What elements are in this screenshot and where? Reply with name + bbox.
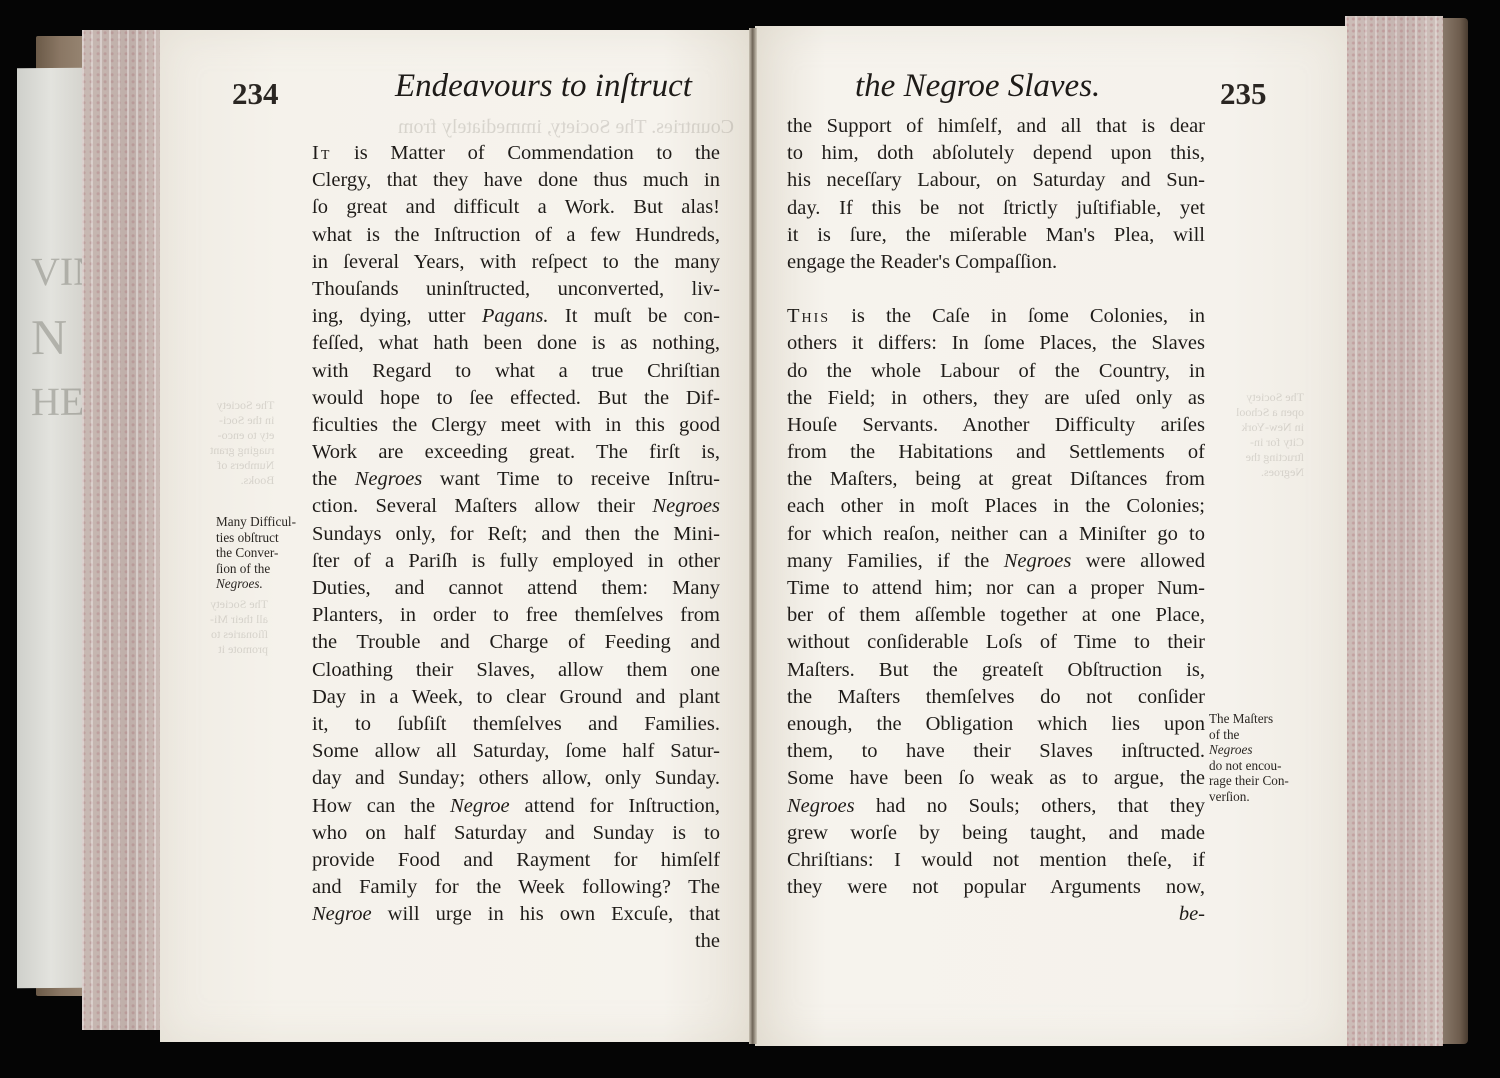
text-line: How can the Negroe attend for Inſtructio… (312, 793, 720, 820)
text-line: without conſiderable Loſs of Time to the… (787, 629, 1205, 656)
marginal-line: verſion. (1209, 789, 1289, 805)
page-number-left: 234 (232, 76, 279, 112)
text-line: provide Food and Rayment for himſelf (312, 847, 720, 874)
text-line: Duties, and cannot attend them: Many (312, 575, 720, 602)
flyleaf-ghost-letters: N (31, 308, 67, 366)
text-line: they were not popular Arguments now, (787, 874, 1205, 901)
text-line: many Families, if the Negroes were allow… (787, 548, 1205, 575)
text-line: Sundays only, for Reſt; and then the Min… (312, 521, 720, 548)
text-line: them, to have their Slaves inſtructed. (787, 738, 1205, 765)
text-line: Work are exceeding great. The firſt is, (312, 439, 720, 466)
left-body-text: It is Matter of Commendation to theClerg… (312, 140, 720, 956)
marginal-line: the Conver- (216, 545, 296, 561)
page-number-right: 235 (1220, 76, 1267, 112)
text-line: Negroe will urge in his own Excuſe, that (312, 901, 720, 928)
text-line: and Family for the Week following? The (312, 874, 720, 901)
text-line: it is ſure, the miſerable Man's Plea, wi… (787, 222, 1205, 249)
text-line: ſter of a Pariſh is fully employed in ot… (312, 548, 720, 575)
text-line: do the whole Labour of the Country, in (787, 358, 1205, 385)
text-line: the Field; in others, they are uſed only… (787, 385, 1205, 412)
text-line: This is the Caſe in ſome Colonies, in (787, 303, 1205, 330)
text-line: others it differs: In ſome Places, the S… (787, 330, 1205, 357)
text-line: it, to ſubſiſt themſelves and Families. (312, 711, 720, 738)
text-line: each other in moſt Places in the Colonie… (787, 493, 1205, 520)
marginal-line: Many Difficul- (216, 514, 296, 530)
marginal-line: The Maſters (1209, 711, 1289, 727)
text-line: enough, the Obligation which lies upon (787, 711, 1205, 738)
text-line: his neceſſary Labour, on Saturday and Su… (787, 167, 1205, 194)
running-head-right: the Negroe Slaves. (855, 68, 1100, 105)
paragraph-gap (787, 276, 1205, 303)
text-line: Planters, in order to free themſelves fr… (312, 602, 720, 629)
show-through-margin: The Societyall their Mi-ſſionaries topro… (210, 597, 268, 657)
text-line: what is the Inſtruction of a few Hundred… (312, 222, 720, 249)
text-line: Houſe Servants. Another Difficulty ariſe… (787, 412, 1205, 439)
text-line: the Support of himſelf, and all that is … (787, 113, 1205, 140)
text-line: ing, dying, utter Pagans. It muſt be con… (312, 303, 720, 330)
show-through-text: Countries. The Society, immediately from (398, 116, 734, 139)
text-line: Cloathing their Slaves, allow them one (312, 657, 720, 684)
book-spread: VIN N HE Countries. The Society, immedia… (0, 0, 1500, 1078)
right-body-text: the Support of himſelf, and all that is … (787, 113, 1205, 928)
text-line: day. If this be not ſtrictly juſtifiable… (787, 195, 1205, 222)
text-line: Day in a Week, to clear Ground and plant (312, 684, 720, 711)
text-line: would hope to ſee effected. But the Dif- (312, 385, 720, 412)
right-cover-board (1440, 18, 1468, 1044)
text-line: Some have been ſo weak as to argue, the (787, 765, 1205, 792)
marginal-line: of the Negroes (1209, 727, 1289, 758)
text-line: grew worſe by being taught, and made (787, 820, 1205, 847)
text-line: ficulties the Clergy meet with in this g… (312, 412, 720, 439)
marginal-note-left: Many Difficul-ties obſtructthe Conver-ſi… (216, 514, 296, 592)
text-line: the Trouble and Charge of Feeding and (312, 629, 720, 656)
marginal-line: ties obſtruct (216, 530, 296, 546)
marginal-line: ſion of the (216, 561, 296, 577)
text-line: feſſed, what hath been done is as nothin… (312, 330, 720, 357)
text-line: ction. Several Maſters allow their Negro… (312, 493, 720, 520)
text-line: ſo great and difficult a Work. But alas! (312, 194, 720, 221)
show-through-margin: The Societyopen a Schoolin New-YorkCity … (1236, 390, 1304, 480)
text-line: Chriſtians: I would not mention theſe, i… (787, 847, 1205, 874)
text-line: with Regard to what a true Chriſtian (312, 358, 720, 385)
text-line: the (312, 928, 720, 955)
text-line: be- (787, 901, 1205, 928)
marginal-note-right: The Maſtersof the Negroesdo not encou-ra… (1209, 711, 1289, 804)
text-line: in ſeveral Years, with reſpect to the ma… (312, 249, 720, 276)
text-line: Maſters. But the greateſt Obſtruction is… (787, 657, 1205, 684)
text-line: engage the Reader's Compaſſion. (787, 249, 1205, 276)
text-line: the Maſters themſelves do not conſider (787, 684, 1205, 711)
text-line: ber of them aſſemble together at one Pla… (787, 602, 1205, 629)
text-line: It is Matter of Commendation to the (312, 140, 720, 167)
text-line: Clergy, that they have done thus much in (312, 167, 720, 194)
marginal-line: do not encou- (1209, 758, 1289, 774)
left-page-edges (82, 30, 162, 1030)
marginal-line: Negroes. (216, 576, 296, 592)
marginal-line: rage their Con- (1209, 773, 1289, 789)
text-line: the Negroes want Time to receive Inſtru- (312, 466, 720, 493)
text-line: Thouſands uninſtructed, unconverted, liv… (312, 276, 720, 303)
gutter (749, 28, 757, 1044)
text-line: who on half Saturday and Sunday is to (312, 820, 720, 847)
show-through-margin: The Societyin the Soci-ety to enco-ruagi… (210, 398, 274, 488)
text-line: the Maſters, being at great Diſtances fr… (787, 466, 1205, 493)
text-line: Time to attend him; nor can a proper Num… (787, 575, 1205, 602)
flyleaf-ghost-letters: HE (31, 378, 84, 425)
text-line: from the Habitations and Settlements of (787, 439, 1205, 466)
text-line: Some allow all Saturday, ſome half Satur… (312, 738, 720, 765)
text-line: Negroes had no Souls; others, that they (787, 793, 1205, 820)
text-line: for which reaſon, neither can a Miniſter… (787, 521, 1205, 548)
running-head-left: Endeavours to inſtruct (395, 68, 692, 105)
left-flyleaf: VIN N HE (17, 68, 85, 989)
text-line: day and Sunday; others allow, only Sunda… (312, 765, 720, 792)
right-page-edges (1345, 16, 1443, 1046)
text-line: to him, doth abſolutely depend upon this… (787, 140, 1205, 167)
